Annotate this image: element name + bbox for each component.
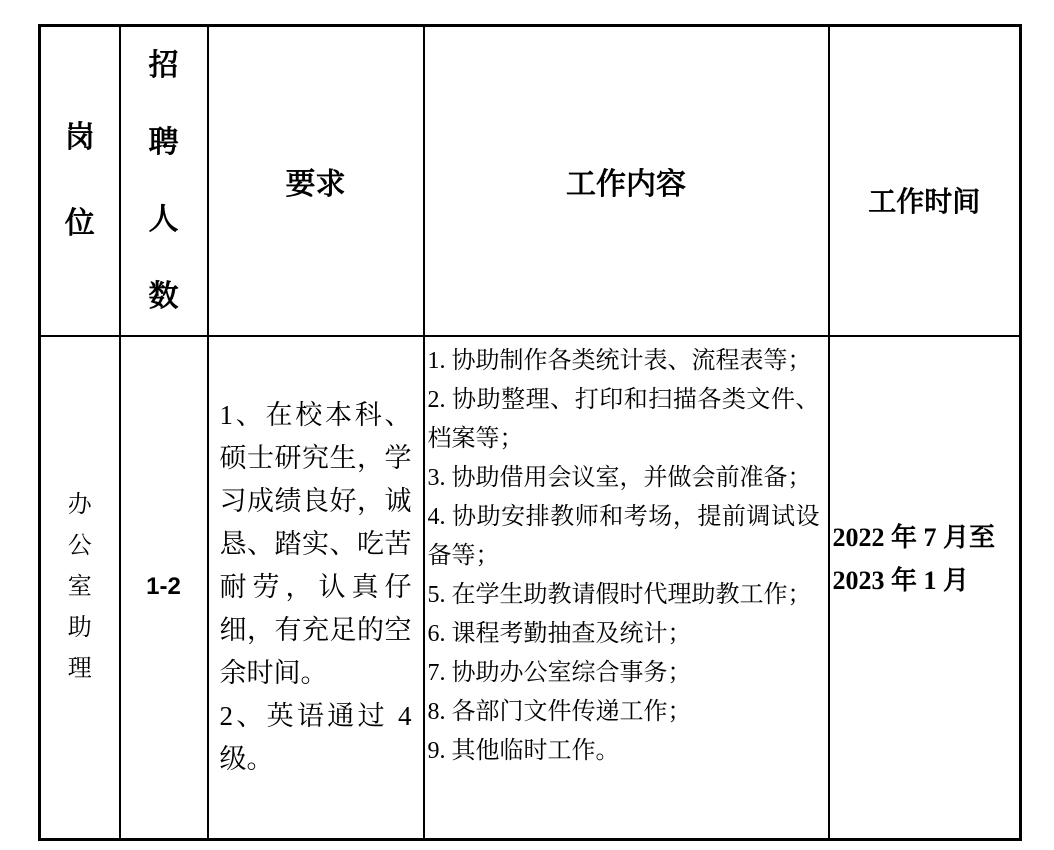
cell-position: 办 公 室 助 理 (40, 336, 120, 839)
cell-requirements: 1、在校本科、硕士研究生，学习成绩良好，诚恳、踏实、吃苦耐劳，认真仔细，有充足的… (208, 336, 424, 839)
duty-item: 1. 协助制作各类统计表、流程表等； (428, 342, 820, 381)
header-cell-requirements: 要求 (208, 26, 424, 337)
duty-item: 5. 在学生助教请假时代理助教工作； (428, 576, 820, 615)
header-cell-duties: 工作内容 (424, 26, 829, 337)
header-duties-label: 工作内容 (566, 168, 686, 201)
worktime-line: 2023 年 1 月 (833, 559, 1020, 602)
header-cell-worktime: 工作时间 (829, 26, 1021, 337)
requirement-item: 2、英语通过 4 级。 (220, 695, 412, 781)
duty-item: 2. 协助整理、打印和扫描各类文件、档案等； (428, 381, 820, 459)
header-requirements-label: 要求 (286, 168, 346, 201)
table-header-row: 岗 位 招 聘 人 数 要求 工作内容 工作时间 (40, 26, 1021, 337)
worktime-line: 2022 年 7 月至 (833, 516, 1020, 559)
cell-worktime: 2022 年 7 月至 2023 年 1 月 (829, 336, 1021, 839)
header-cell-position: 岗 位 (40, 26, 120, 337)
header-position-label: 岗 位 (65, 95, 95, 267)
cell-recruit-count: 1-2 (120, 336, 208, 839)
duty-item: 6. 课程考勤抽查及统计； (428, 615, 820, 654)
duty-item: 3. 协助借用会议室，并做会前准备； (428, 459, 820, 498)
duty-item: 9. 其他临时工作。 (428, 732, 820, 771)
duty-item: 4. 协助安排教师和考场，提前调试设备等； (428, 498, 820, 576)
worktime-value: 2022 年 7 月至 2023 年 1 月 (833, 516, 1020, 602)
duty-item: 8. 各部门文件传递工作； (428, 693, 820, 732)
recruit-count-value: 1-2 (146, 573, 181, 600)
header-recruit-count-label: 招 聘 人 数 (149, 27, 179, 335)
document-page: 岗 位 招 聘 人 数 要求 工作内容 工作时间 办 公 室 助 理 (0, 0, 1054, 850)
position-value: 办 公 室 助 理 (68, 485, 92, 690)
recruitment-table: 岗 位 招 聘 人 数 要求 工作内容 工作时间 办 公 室 助 理 (38, 24, 1022, 841)
table-data-row: 办 公 室 助 理 1-2 1、在校本科、硕士研究生，学习成绩良好，诚恳、踏实、… (40, 336, 1021, 839)
requirement-item: 1、在校本科、硕士研究生，学习成绩良好，诚恳、踏实、吃苦耐劳，认真仔细，有充足的… (220, 394, 412, 695)
cell-duties: 1. 协助制作各类统计表、流程表等； 2. 协助整理、打印和扫描各类文件、档案等… (424, 336, 829, 839)
duty-item: 7. 协助办公室综合事务； (428, 654, 820, 693)
header-cell-recruit-count: 招 聘 人 数 (120, 26, 208, 337)
header-worktime-label: 工作时间 (830, 142, 1020, 220)
